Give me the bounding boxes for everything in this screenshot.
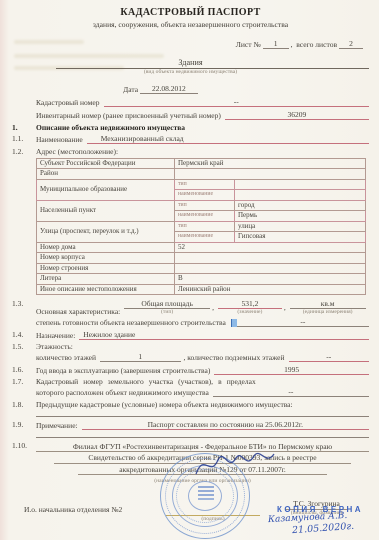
cadastral-passport-page: КАДАСТРОВЫЙ ПАСПОРТ здания, сооружения, … (0, 0, 379, 540)
note-blank-line (36, 430, 369, 438)
characteristic-value: 531,2 (218, 299, 282, 309)
floors-value: 1 (100, 352, 181, 362)
table-row: ЛитераВ (37, 274, 366, 285)
inventory-number-line: Инвентарный номер (ранее присвоенный уче… (36, 110, 369, 120)
table-row: Номер строения (37, 263, 366, 274)
section-1-4: 1.4. Назначение: Нежилое здание (12, 330, 369, 340)
note-label: Примечание: (36, 421, 82, 430)
name-label: Наименование (36, 135, 87, 144)
characteristic-type: Общая площадь (124, 299, 210, 309)
characteristic-unit: кв.м (290, 299, 366, 309)
purpose-label: Назначение: (36, 331, 79, 340)
inventory-number-label: Инвентарный номер (ранее присвоенный уче… (36, 111, 225, 120)
document-title: КАДАСТРОВЫЙ ПАСПОРТ (12, 7, 369, 18)
signer-position: И.о. начальника отделения №2 (24, 499, 158, 514)
previous-numbers-label: Предыдущие кадастровые (условные) номера… (36, 400, 369, 409)
section-1-3: 1.3. Основная характеристика: Общая площ… (12, 299, 369, 327)
total-sheets-number: 2 (339, 39, 363, 49)
purpose-value: Нежилое здание (79, 330, 369, 340)
date-value: 22.08.2012 (140, 84, 198, 94)
section-1: 1. Описание объекта недвижимого имуществ… (12, 123, 369, 132)
note-value: Паспорт составлен по состоянию на 25.06.… (82, 420, 369, 430)
table-row: Муниципальное образованиетип (37, 179, 366, 190)
name-value: Механизированный склад (87, 134, 369, 144)
section-1-6: 1.6. Год ввода в эксплуатацию (завершени… (12, 365, 369, 375)
section-1-8: 1.8. Предыдущие кадастровые (условные) н… (12, 400, 369, 409)
table-row: Район (37, 169, 366, 180)
handwritten-signature-icon (192, 446, 278, 484)
object-kind-caption: (вид объекта недвижимого имущества) (12, 69, 369, 76)
underground-floors-label: количество подземных этажей (187, 353, 284, 362)
readiness-value: -- (237, 317, 369, 327)
commissioning-year-label: Год ввода в эксплуатацию (завершения стр… (36, 366, 214, 375)
table-row: Улица (проспект, переулок и т.д.)типулиц… (37, 221, 366, 232)
commissioning-year-value: 1995 (214, 365, 369, 375)
section-1-5: 1.5. Этажность: количество этажей 1 , ко… (12, 342, 369, 362)
section-1-title: Описание объекта недвижимого имущества (36, 123, 369, 132)
section-1-7: 1.7. Кадастровый номер земельного участк… (12, 377, 369, 397)
object-kind: Здания (12, 58, 369, 67)
address-table: Субъект Российской ФедерацииПермский кра… (36, 158, 366, 296)
date-label: Дата (123, 85, 138, 94)
table-row: Номер дома52 (37, 242, 366, 253)
table-row: Номер корпуса (37, 253, 366, 264)
address-label: Адрес (местоположение): (36, 147, 369, 156)
cadastral-number-value: -- (104, 97, 370, 107)
document-subtitle: здания, сооружения, объекта незавершенно… (12, 20, 369, 29)
date-line: Дата 22.08.2012 (12, 84, 369, 94)
floors-label: количество этажей (36, 353, 100, 362)
table-row: Иное описание местоположенияЛенинский ра… (37, 284, 366, 295)
total-sheets-label: всего листов (296, 40, 337, 49)
readiness-label: степень готовности объекта незавершенног… (36, 318, 230, 327)
section-1-2: 1.2. Адрес (местоположение): (12, 147, 369, 156)
section-1-1: 1.1. Наименование Механизированный склад (12, 134, 369, 144)
table-row: Субъект Российской ФедерацииПермский кра… (37, 158, 366, 169)
section-1-9: 1.9. Примечание: Паспорт составлен по со… (12, 420, 369, 430)
cadastral-number-label: Кадастровый номер (36, 98, 104, 107)
cadastral-number-line: Кадастровый номер -- (36, 97, 369, 107)
land-parcel-label-line1: Кадастровый номер земельного участка (уч… (36, 377, 256, 386)
main-characteristic-label: Основная характеристика: (36, 307, 120, 316)
inventory-number-value: 36209 (225, 110, 369, 120)
land-parcel-value: -- (213, 387, 369, 397)
land-parcel-label-line2: которого расположен объект недвижимого и… (36, 388, 213, 397)
sheet-label: Лист № (236, 40, 261, 49)
sheet-number: 1 (263, 39, 289, 49)
previous-numbers-blank-line (36, 409, 369, 417)
sheet-counter: Лист № 1 , всего листов 2 (12, 39, 369, 49)
underground-floors-value: -- (289, 352, 370, 362)
storeys-label: Этажность: (36, 342, 73, 351)
table-row: Населенный пункттипгород (37, 200, 366, 211)
